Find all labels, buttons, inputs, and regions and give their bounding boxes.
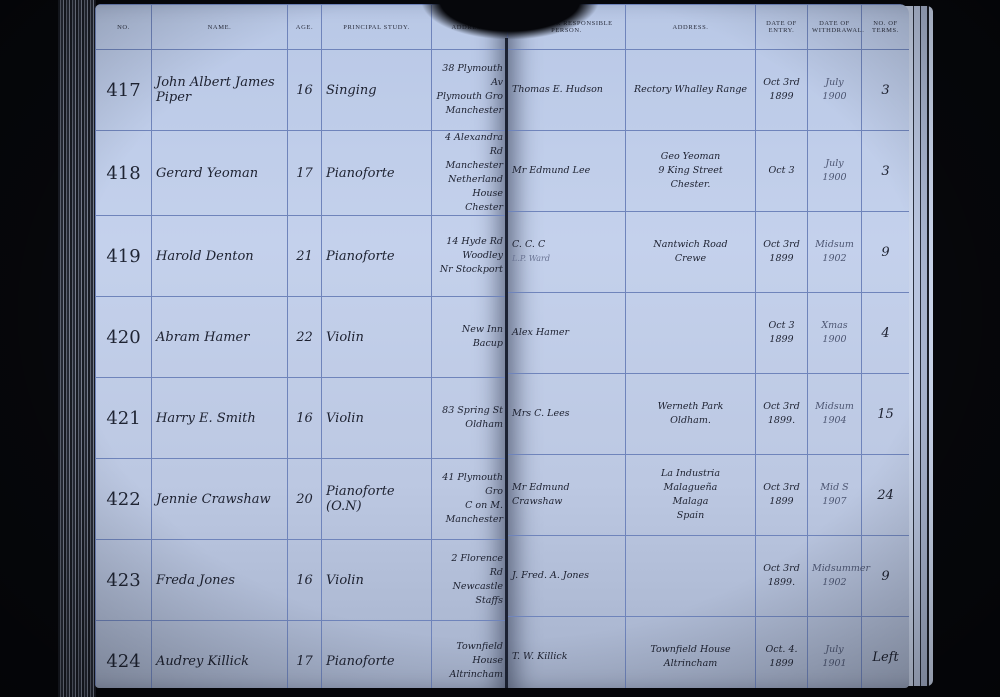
address-line: Woodley [436, 249, 503, 263]
parent-address-line: Malagueña [630, 481, 751, 495]
withdrawal-date-part: 1902 [812, 252, 857, 266]
register-row-left: 420Abram Hamer22ViolinNew InnBacup [96, 297, 508, 378]
student-age: 22 [288, 297, 322, 378]
student-age: 21 [288, 216, 322, 297]
register-row-left: 424Audrey Killick17PianoforteTownfield H… [96, 621, 508, 689]
entry-date-part: 1899. [760, 576, 803, 590]
register-row-right: J. Fred. A. JonesOct 3rd1899.Midsummer19… [508, 536, 910, 617]
parent-cell: Mrs C. Lees [508, 374, 626, 455]
parent-address-line: Spain [630, 509, 751, 523]
student-address: New InnBacup [432, 297, 508, 378]
parent-address: Werneth ParkOldham. [626, 374, 756, 455]
left-page-edges [58, 0, 96, 697]
student-address: 41 Plymouth GroC on M.Manchester [432, 459, 508, 540]
student-age: 16 [288, 540, 322, 621]
no-of-terms: 24 [862, 455, 910, 536]
parent-note: L.P. Ward [512, 252, 621, 266]
address-line: 14 Hyde Rd [436, 235, 503, 249]
student-name: Audrey Killick [152, 621, 288, 689]
entry-date-part: Oct 3 [760, 319, 803, 333]
book-spine [505, 38, 508, 688]
right-register-table: Parent or Responsible Person. Address. D… [507, 4, 909, 688]
entry-number: 424 [96, 621, 152, 689]
address-line: 4 Alexandra Rd [436, 131, 503, 159]
student-age: 20 [288, 459, 322, 540]
date-of-withdrawal: Midsum1902 [808, 212, 862, 293]
parent-name: J. Fred. A. Jones [512, 569, 621, 583]
entry-number: 422 [96, 459, 152, 540]
address-line: Nr Stockport [436, 263, 503, 277]
date-of-withdrawal: July1900 [808, 131, 862, 212]
parent-name: Mr Edmund Crawshaw [512, 481, 621, 509]
parent-address-line: Malaga [630, 495, 751, 509]
parent-address-line: 9 King Street [630, 164, 751, 178]
no-of-terms: 3 [862, 131, 910, 212]
parent-name: Alex Hamer [512, 326, 621, 340]
register-row-right: Mrs C. LeesWerneth ParkOldham.Oct 3rd189… [508, 374, 910, 455]
register-row-right: Mr Edmund CrawshawLa IndustriaMalagueñaM… [508, 455, 910, 536]
parent-name: T. W. Killick [512, 650, 621, 664]
student-address: 2 Florence RdNewcastleStaffs [432, 540, 508, 621]
address-line: Altrincham [436, 668, 503, 682]
gutter-shadow [420, 0, 600, 40]
entry-date-part: 1899 [760, 90, 803, 104]
address-line: C on M. [436, 499, 503, 513]
address-line: Manchester [436, 513, 503, 527]
address-line: Townfield House [436, 640, 503, 668]
entry-date-part: Oct 3rd [760, 562, 803, 576]
register-row-left: 419Harold Denton21Pianoforte14 Hyde RdWo… [96, 216, 508, 297]
address-line: Manchester [436, 159, 503, 173]
left-page: No. Name. Age. Principal Study. Address.… [95, 4, 507, 688]
header-parent-address: Address. [626, 5, 756, 50]
parent-address-line: Crewe [630, 252, 751, 266]
parent-name: Thomas E. Hudson [512, 83, 621, 97]
withdrawal-date-part: 1902 [812, 576, 857, 590]
register-row-right: Thomas E. HudsonRectory Whalley RangeOct… [508, 50, 910, 131]
entry-date-part: Oct 3rd [760, 76, 803, 90]
principal-study: Singing [322, 50, 432, 131]
entry-date-part: Oct 3rd [760, 481, 803, 495]
no-of-terms: 3 [862, 50, 910, 131]
parent-name: C. C. C [512, 238, 621, 252]
parent-address-line: Nantwich Road [630, 238, 751, 252]
header-name: Name. [152, 5, 288, 50]
withdrawal-date-part: Xmas [812, 319, 857, 333]
withdrawal-date-part: July [812, 643, 857, 657]
parent-address-line: Geo Yeoman [630, 150, 751, 164]
entry-date-part: 1899 [760, 657, 803, 671]
parent-name: Mrs C. Lees [512, 407, 621, 421]
entry-number: 417 [96, 50, 152, 131]
header-no-of-terms: No. of Terms. [862, 5, 910, 50]
withdrawal-date-part: Midsummer [812, 562, 857, 576]
student-address: 38 Plymouth AvPlymouth GroManchester [432, 50, 508, 131]
student-address: 83 Spring StOldham [432, 378, 508, 459]
entry-date-part: 1899 [760, 495, 803, 509]
parent-address: Rectory Whalley Range [626, 50, 756, 131]
parent-cell: C. C. CL.P. Ward [508, 212, 626, 293]
withdrawal-date-part: 1907 [812, 495, 857, 509]
register-row-right: Alex HamerOct 31899Xmas19004 [508, 293, 910, 374]
no-of-terms: 9 [862, 536, 910, 617]
student-name: Harold Denton [152, 216, 288, 297]
parent-address-line: La Industria [630, 467, 751, 481]
withdrawal-date-part: 1904 [812, 414, 857, 428]
date-of-entry: Oct 3rd1899. [756, 374, 808, 455]
parent-address [626, 293, 756, 374]
parent-cell: Alex Hamer [508, 293, 626, 374]
entry-date-part: 1899 [760, 333, 803, 347]
no-of-terms: Left [862, 617, 910, 689]
address-line: Newcastle [436, 580, 503, 594]
parent-address [626, 536, 756, 617]
address-line: 83 Spring St [436, 404, 503, 418]
register-row-left: 418Gerard Yeoman17Pianoforte4 Alexandra … [96, 131, 508, 216]
parent-cell: T. W. Killick [508, 617, 626, 689]
student-name: Gerard Yeoman [152, 131, 288, 216]
student-name: Abram Hamer [152, 297, 288, 378]
address-line: 41 Plymouth Gro [436, 471, 503, 499]
entry-date-part: 1899 [760, 252, 803, 266]
register-row-left: 423Freda Jones16Violin2 Florence RdNewca… [96, 540, 508, 621]
principal-study: Violin [322, 297, 432, 378]
parent-address-line: Altrincham [630, 657, 751, 671]
withdrawal-date-part: Mid S [812, 481, 857, 495]
register-row-right: C. C. CL.P. WardNantwich RoadCreweOct 3r… [508, 212, 910, 293]
date-of-entry: Oct 3 [756, 131, 808, 212]
header-date-of-entry: Date of Entry. [756, 5, 808, 50]
date-of-withdrawal: Mid S1907 [808, 455, 862, 536]
right-page: Parent or Responsible Person. Address. D… [507, 4, 909, 688]
address-line: Chester [436, 201, 503, 215]
register-row-left: 417John Albert James Piper16Singing38 Pl… [96, 50, 508, 131]
date-of-entry: Oct 3rd1899 [756, 455, 808, 536]
parent-address-line: Werneth Park [630, 400, 751, 414]
date-of-withdrawal: July1901 [808, 617, 862, 689]
date-of-withdrawal: Midsummer1902 [808, 536, 862, 617]
parent-cell: Thomas E. Hudson [508, 50, 626, 131]
parent-name: Mr Edmund Lee [512, 164, 621, 178]
register-row-left: 422Jennie Crawshaw20Pianoforte (O.N)41 P… [96, 459, 508, 540]
open-ledger-book: No. Name. Age. Principal Study. Address.… [0, 0, 1000, 697]
left-register-table: No. Name. Age. Principal Study. Address.… [95, 4, 507, 688]
register-row-left: 421Harry E. Smith16Violin83 Spring StOld… [96, 378, 508, 459]
student-name: Harry E. Smith [152, 378, 288, 459]
entry-date-part: 1899. [760, 414, 803, 428]
principal-study: Pianoforte [322, 131, 432, 216]
principal-study: Pianoforte [322, 621, 432, 689]
parent-cell: Mr Edmund Crawshaw [508, 455, 626, 536]
student-age: 16 [288, 50, 322, 131]
student-address: 14 Hyde RdWoodleyNr Stockport [432, 216, 508, 297]
address-line: New Inn [436, 323, 503, 337]
withdrawal-date-part: Midsum [812, 238, 857, 252]
header-age: Age. [288, 5, 322, 50]
address-line: Plymouth Gro [436, 90, 503, 104]
address-line: Netherland House [436, 173, 503, 201]
entry-number: 423 [96, 540, 152, 621]
address-line: 38 Plymouth Av [436, 62, 503, 90]
parent-address: Geo Yeoman9 King StreetChester. [626, 131, 756, 212]
entry-date-part: Oct 3 [760, 164, 803, 178]
entry-number: 420 [96, 297, 152, 378]
parent-address-line: Chester. [630, 178, 751, 192]
entry-date-part: Oct 3rd [760, 238, 803, 252]
student-address: Townfield HouseAltrincham [432, 621, 508, 689]
principal-study: Pianoforte (O.N) [322, 459, 432, 540]
student-name: John Albert James Piper [152, 50, 288, 131]
date-of-entry: Oct 31899 [756, 293, 808, 374]
date-of-entry: Oct 3rd1899. [756, 536, 808, 617]
date-of-withdrawal: Xmas1900 [808, 293, 862, 374]
entry-date-part: Oct 3rd [760, 400, 803, 414]
no-of-terms: 4 [862, 293, 910, 374]
date-of-withdrawal: Midsum1904 [808, 374, 862, 455]
entry-number: 418 [96, 131, 152, 216]
withdrawal-date-part: July [812, 157, 857, 171]
student-name: Jennie Crawshaw [152, 459, 288, 540]
address-line: Bacup [436, 337, 503, 351]
principal-study: Pianoforte [322, 216, 432, 297]
parent-address: Nantwich RoadCrewe [626, 212, 756, 293]
date-of-entry: Oct 3rd1899 [756, 212, 808, 293]
withdrawal-date-part: 1901 [812, 657, 857, 671]
date-of-withdrawal: July1900 [808, 50, 862, 131]
no-of-terms: 15 [862, 374, 910, 455]
header-date-of-withdrawal: Date of Withdrawal. [808, 5, 862, 50]
date-of-entry: Oct. 4.1899 [756, 617, 808, 689]
parent-address: Townfield HouseAltrincham [626, 617, 756, 689]
student-age: 17 [288, 621, 322, 689]
header-principal-study: Principal Study. [322, 5, 432, 50]
withdrawal-date-part: July [812, 76, 857, 90]
address-line: Oldham [436, 418, 503, 432]
principal-study: Violin [322, 540, 432, 621]
parent-address-line: Townfield House [630, 643, 751, 657]
register-row-right: T. W. KillickTownfield HouseAltrinchamOc… [508, 617, 910, 689]
withdrawal-date-part: Midsum [812, 400, 857, 414]
withdrawal-date-part: 1900 [812, 90, 857, 104]
entry-number: 421 [96, 378, 152, 459]
no-of-terms: 9 [862, 212, 910, 293]
register-row-right: Mr Edmund LeeGeo Yeoman9 King StreetChes… [508, 131, 910, 212]
header-no: No. [96, 5, 152, 50]
principal-study: Violin [322, 378, 432, 459]
student-name: Freda Jones [152, 540, 288, 621]
withdrawal-date-part: 1900 [812, 171, 857, 185]
parent-address-line: Rectory Whalley Range [630, 83, 751, 97]
entry-number: 419 [96, 216, 152, 297]
student-age: 16 [288, 378, 322, 459]
address-line: 2 Florence Rd [436, 552, 503, 580]
address-line: Manchester [436, 104, 503, 118]
parent-cell: J. Fred. A. Jones [508, 536, 626, 617]
entry-date-part: Oct. 4. [760, 643, 803, 657]
student-age: 17 [288, 131, 322, 216]
parent-address: La IndustriaMalagueñaMalagaSpain [626, 455, 756, 536]
parent-address-line: Oldham. [630, 414, 751, 428]
date-of-entry: Oct 3rd1899 [756, 50, 808, 131]
address-line: Staffs [436, 594, 503, 608]
student-address: 4 Alexandra RdManchesterNetherland House… [432, 131, 508, 216]
parent-cell: Mr Edmund Lee [508, 131, 626, 212]
withdrawal-date-part: 1900 [812, 333, 857, 347]
right-page-edges [905, 6, 933, 686]
